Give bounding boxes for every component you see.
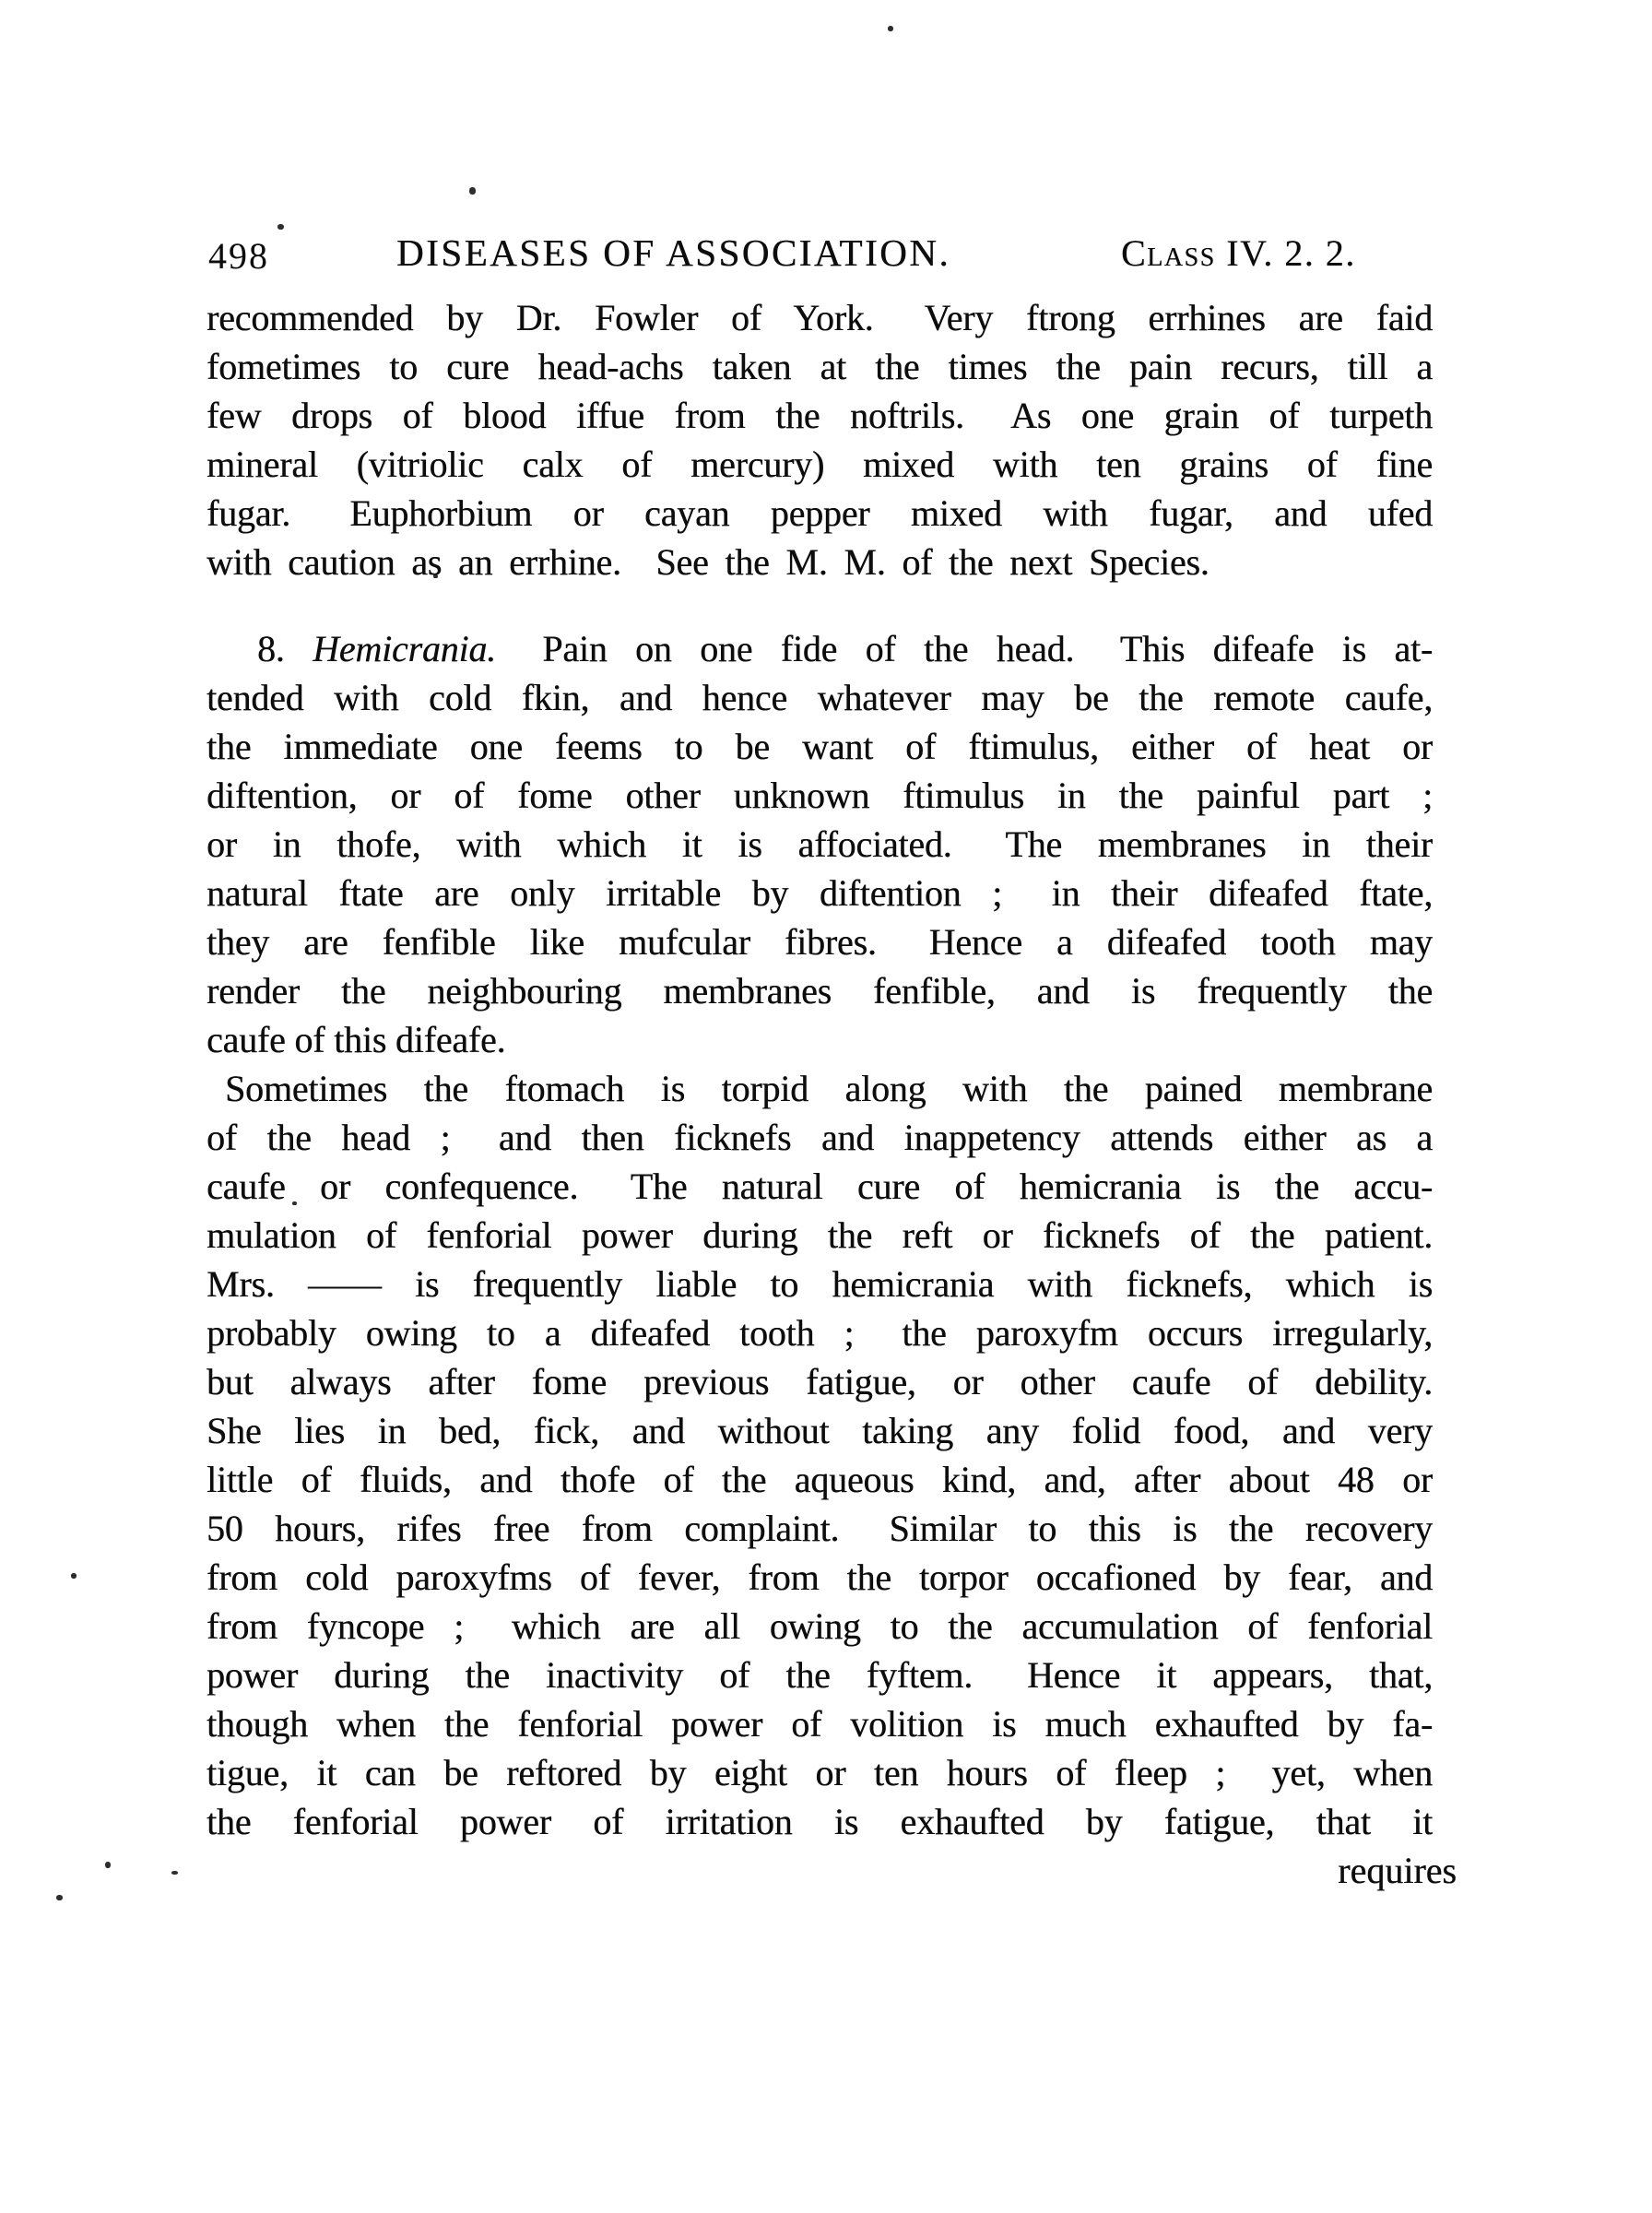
text-line: mineral (vitriolic calx of mercury) mixe…: [206, 440, 1433, 489]
text-line: fugar. Euphorbium or cayan pepper mixed …: [206, 489, 1433, 538]
ink-speck: [71, 1573, 77, 1579]
text-line: Sometimes the ftomach is torpid along wi…: [206, 1064, 1433, 1113]
text-line: diftention, or of fome other unknown fti…: [206, 771, 1433, 820]
text-line: little of fluids, and thofe of the aqueo…: [206, 1455, 1433, 1504]
paragraph: recommended by Dr. Fowler of York. Very …: [206, 293, 1433, 586]
text-line: caufe of this difeafe.: [206, 1015, 1433, 1064]
text-segment: Pain on one fide of the head. This difea…: [496, 628, 1433, 669]
text-line: 50 hours, rifes free from complaint. Sim…: [206, 1504, 1433, 1553]
class-heading: Class IV. 2. 2.: [1121, 231, 1356, 275]
text-line: with caution as an errhine. See the M. M…: [206, 538, 1433, 586]
ink-speck: [433, 574, 438, 578]
text-line: few drops of blood iffue from the noftri…: [206, 391, 1433, 440]
text-line: from cold paroxyfms of fever, from the t…: [206, 1553, 1433, 1602]
text-line: natural ftate are only irritable by dift…: [206, 869, 1433, 917]
text-line: caufe or confequence. The natural cure o…: [206, 1162, 1433, 1211]
ink-speck: [56, 1895, 63, 1900]
ink-speck: [277, 224, 284, 230]
ink-speck: [888, 26, 893, 31]
text-line: the fenforial power of irritation is exh…: [206, 1797, 1433, 1846]
text-line: fometimes to cure head-achs taken at the…: [206, 342, 1433, 391]
text-line: they are fenfible like mufcular fibres. …: [206, 917, 1433, 966]
text-line: tigue, it can be reftored by eight or te…: [206, 1748, 1433, 1797]
ink-speck: [469, 187, 476, 195]
paragraph: 8. Hemicrania. Pain on one fide of the h…: [206, 624, 1433, 1064]
text-line: power during the inactivity of the fyfte…: [206, 1651, 1433, 1699]
text-line: tended with cold fkin, and hence whateve…: [206, 673, 1433, 722]
text-line: recommended by Dr. Fowler of York. Very …: [206, 293, 1433, 342]
text-segment: 8.: [257, 628, 313, 669]
text-line: though when the fenforial power of volit…: [206, 1699, 1433, 1748]
paragraph: Sometimes the ftomach is torpid along wi…: [206, 1064, 1433, 1846]
text-line: render the neighbouring membranes fenfib…: [206, 966, 1433, 1015]
text-line: from fyncope ; which are all owing to th…: [206, 1602, 1433, 1651]
catchword: requires: [206, 1846, 1457, 1895]
text-line: She lies in bed, fick, and without takin…: [206, 1406, 1433, 1455]
text-line: Mrs. —— is frequently liable to hemicran…: [206, 1260, 1433, 1308]
text-line: mulation of fenforial power during the r…: [206, 1211, 1433, 1260]
ink-speck: [105, 1862, 111, 1868]
text-line: probably owing to a difeafed tooth ; the…: [206, 1308, 1433, 1357]
text-block: recommended by Dr. Fowler of York. Very …: [206, 293, 1433, 1846]
species-name-italic: Hemicrania.: [313, 628, 496, 669]
ink-speck: [292, 1201, 297, 1205]
text-line: or in thofe, with which it is affociated…: [206, 820, 1433, 869]
text-line: of the head ; and then ficknefs and inap…: [206, 1113, 1433, 1162]
running-title: DISEASES OF ASSOCIATION.: [396, 231, 950, 275]
text-line: the immediate one feems to be want of ft…: [206, 722, 1433, 771]
book-page: 498 DISEASES OF ASSOCIATION. Class IV. 2…: [0, 0, 1652, 2213]
text-line: 8. Hemicrania. Pain on one fide of the h…: [206, 624, 1433, 673]
running-head: 498 DISEASES OF ASSOCIATION. Class IV. 2…: [0, 231, 1652, 286]
page-number: 498: [208, 234, 269, 278]
ink-speck: [171, 1871, 178, 1875]
text-line: but always after fome previous fatigue, …: [206, 1357, 1433, 1406]
